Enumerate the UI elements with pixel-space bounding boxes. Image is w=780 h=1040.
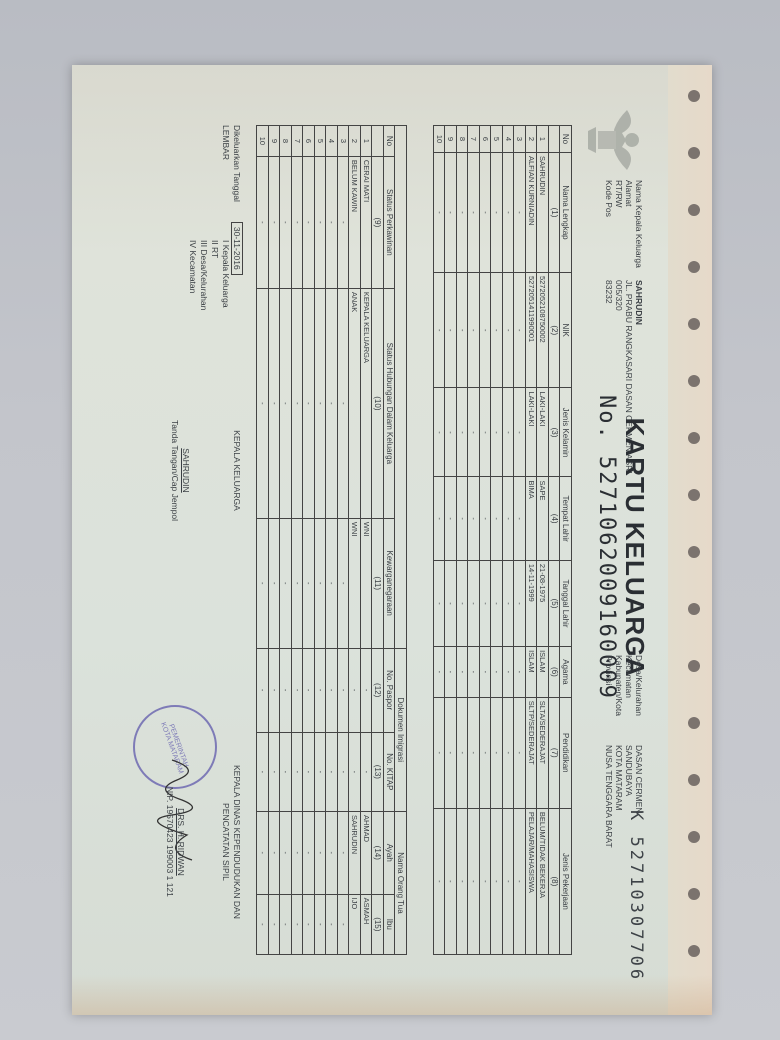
table-cell: -	[445, 152, 457, 272]
table-row: 3-------	[338, 126, 350, 955]
table-cell: -	[480, 697, 492, 808]
table-cell: -	[491, 560, 503, 646]
table-cell: BIMA	[526, 477, 538, 560]
table-cell: -	[434, 560, 446, 646]
table-cell: -	[315, 518, 327, 648]
table-cell: 8	[280, 126, 292, 157]
table-cell: -	[257, 288, 269, 518]
table-cell: 4	[503, 126, 515, 153]
value-desa: DASAN CERMEN	[634, 745, 644, 813]
kk-caption: Tanda Tangan/Cap Jempol	[169, 420, 180, 521]
table-cell: -	[326, 648, 338, 732]
table-cell: 9	[445, 126, 457, 153]
table-cell: -	[326, 894, 338, 954]
table-row: 10-------	[257, 126, 269, 955]
table-cell: 6	[480, 126, 492, 153]
table-cell: -	[315, 894, 327, 954]
table-cell: -	[338, 732, 350, 811]
table-cell: -	[292, 894, 304, 954]
table-cell: BELUM/TIDAK BEKERJA	[537, 808, 549, 954]
table-cell: -	[491, 152, 503, 272]
table-row: 9-------	[269, 126, 281, 955]
table-cell: KEPALA KELUARGA	[361, 288, 373, 518]
table-cell: -	[434, 272, 446, 388]
table-cell: 2	[526, 126, 538, 153]
column-number: (7)	[549, 697, 561, 808]
table-cell: SAPE	[537, 477, 549, 560]
table-cell: -	[280, 732, 292, 811]
table-cell: -	[315, 156, 327, 288]
table-cell: -	[338, 811, 350, 894]
table-cell: -	[457, 560, 469, 646]
perforation-hole	[688, 147, 700, 159]
perforation-hole	[688, 603, 700, 615]
table-cell: -	[326, 518, 338, 648]
table-cell: -	[514, 808, 526, 954]
table-cell: -	[280, 648, 292, 732]
table-cell: -	[491, 477, 503, 560]
perforation-hole	[688, 888, 700, 900]
table-cell: ASMAH	[361, 894, 373, 954]
table-cell: SLTA/SEDERAJAT	[537, 697, 549, 808]
perforation-hole	[688, 375, 700, 387]
label-kepala-keluarga: Nama Kepala Keluarga	[634, 180, 644, 280]
table-cell: -	[269, 156, 281, 288]
table-cell: 5272051411990001	[526, 272, 538, 388]
table-cell: -	[480, 560, 492, 646]
table-cell: -	[457, 697, 469, 808]
column-number: (15)	[372, 894, 384, 954]
table-row: 5-------	[315, 126, 327, 955]
table-cell: -	[503, 477, 515, 560]
table-row: 8--------	[457, 126, 469, 955]
column-number: (8)	[549, 808, 561, 954]
table-cell: 7	[292, 126, 304, 157]
table-cell: -	[361, 732, 373, 811]
table-cell: -	[457, 647, 469, 698]
table-cell: -	[434, 477, 446, 560]
table-cell: -	[445, 477, 457, 560]
column-number: (9)	[372, 156, 384, 288]
column-number: (12)	[372, 648, 384, 732]
table-cell: -	[468, 647, 480, 698]
value-kepala-keluarga: SAHRUDIN	[634, 280, 644, 325]
column-header: Jenis Pekerjaan	[560, 808, 572, 954]
table-cell: -	[503, 388, 515, 477]
table-cell: -	[445, 560, 457, 646]
official-title: KEPALA DINAS KEPENDUDUKAN DAN	[231, 765, 242, 919]
table-cell: -	[269, 732, 281, 811]
label-alamat: Alamat	[624, 180, 634, 280]
table-cell: CERAI MATI	[361, 156, 373, 288]
table-cell: -	[338, 648, 350, 732]
lembar-item: I Kepala Keluarga	[220, 240, 231, 310]
table-cell: 5272052108750002	[537, 272, 549, 388]
table-cell: -	[361, 648, 373, 732]
table-cell: -	[269, 518, 281, 648]
label-desa: Desa/Kelurahan	[634, 655, 644, 745]
column-header: Nama Lengkap	[560, 152, 572, 272]
table-cell: -	[503, 272, 515, 388]
table-cell: -	[480, 477, 492, 560]
table-cell: -	[292, 811, 304, 894]
table-cell: SAHRUDIN	[349, 811, 361, 894]
table-cell: -	[457, 388, 469, 477]
table-cell: -	[303, 648, 315, 732]
group-header-nama-orang-tua: Nama Orang Tua	[395, 811, 407, 954]
table-cell: -	[480, 388, 492, 477]
table-cell: LAKI-LAKI	[526, 388, 538, 477]
perforation-hole	[688, 660, 700, 672]
column-number: (6)	[549, 647, 561, 698]
perforation-hole	[688, 318, 700, 330]
column-number	[372, 126, 384, 157]
table-row: 4-------	[326, 126, 338, 955]
table-cell: -	[338, 156, 350, 288]
table-cell: -	[468, 388, 480, 477]
table-row: 10--------	[434, 126, 446, 955]
official-signature-block: KEPALA DINAS KEPENDUDUKAN DAN PENCATATAN…	[164, 765, 242, 919]
table-cell: SLTP/SEDERAJAT	[526, 697, 538, 808]
issued-date: 30-11-2016	[231, 222, 243, 275]
column-number: (10)	[372, 288, 384, 518]
table-cell: WNI	[361, 518, 373, 648]
table-cell: -	[445, 388, 457, 477]
table-cell: -	[468, 808, 480, 954]
column-number: (3)	[549, 388, 561, 477]
table-cell: -	[480, 808, 492, 954]
paper-stain	[72, 975, 712, 1015]
table-cell: SAHRUDIN	[537, 152, 549, 272]
table-cell: PELAJAR/MAHASISWA	[526, 808, 538, 954]
table-cell: -	[303, 288, 315, 518]
table-cell: BELUM KAWIN	[349, 156, 361, 288]
table-cell: -	[269, 288, 281, 518]
lembar-item: II RT	[209, 240, 220, 310]
table-row: 8-------	[280, 126, 292, 955]
column-header: NIK	[560, 272, 572, 388]
table-cell: -	[257, 156, 269, 288]
table-cell: -	[480, 272, 492, 388]
table-cell: -	[434, 152, 446, 272]
table-cell: 7	[468, 126, 480, 153]
table-cell: -	[280, 811, 292, 894]
table-cell: 10	[257, 126, 269, 157]
table-cell: 2	[349, 126, 361, 157]
table-cell: -	[257, 811, 269, 894]
family-status-table: Dokumen ImigrasiNama Orang Tua NoStatus …	[257, 125, 408, 955]
official-nip: NIP. 19570423 199003 1 121	[164, 765, 175, 919]
table-cell: -	[457, 272, 469, 388]
table-cell: -	[303, 894, 315, 954]
table-cell: -	[514, 477, 526, 560]
column-number: (4)	[549, 477, 561, 560]
table-cell: 4	[326, 126, 338, 157]
table-cell: -	[468, 477, 480, 560]
perforation-hole	[688, 489, 700, 501]
table-row: 1SAHRUDIN5272052108750002LAKI-LAKISAPE21…	[537, 126, 549, 955]
table-cell: -	[303, 518, 315, 648]
perforation-hole	[688, 774, 700, 786]
value-kode-pos: 83232	[604, 280, 614, 304]
column-header: Status Hubungan Dalam Keluarga	[384, 288, 396, 518]
table-cell: -	[503, 560, 515, 646]
table-cell: -	[349, 732, 361, 811]
table-row: 1CERAI MATIKEPALA KELUARGAWNI--AHMADASMA…	[361, 126, 373, 955]
table-cell: -	[326, 156, 338, 288]
table-cell: -	[503, 697, 515, 808]
label-kode-pos: Kode Pos	[604, 180, 614, 280]
table-cell: -	[491, 647, 503, 698]
table-cell: -	[457, 152, 469, 272]
perforation-hole	[688, 204, 700, 216]
column-header: Tempat Lahir	[560, 477, 572, 560]
table-cell: -	[491, 272, 503, 388]
table-cell: -	[292, 518, 304, 648]
column-header: Pendidikan	[560, 697, 572, 808]
table-cell: -	[491, 388, 503, 477]
column-number: (1)	[549, 152, 561, 272]
lembar-label: LEMBAR	[187, 125, 231, 160]
table-cell: -	[280, 156, 292, 288]
perforation-hole	[688, 831, 700, 843]
perforation-hole	[688, 90, 700, 102]
table-cell: 14-11-1999	[526, 560, 538, 646]
lembar-item: III Desa/Kelurahan	[198, 240, 209, 310]
table-cell: -	[338, 894, 350, 954]
table-cell: -	[269, 811, 281, 894]
table-cell: -	[491, 697, 503, 808]
table-cell: -	[468, 697, 480, 808]
table-cell: -	[303, 156, 315, 288]
value-rt-rw: 005/320	[614, 280, 624, 311]
perforation-hole	[688, 945, 700, 957]
table-cell: -	[315, 288, 327, 518]
table-cell: -	[257, 648, 269, 732]
table-cell: -	[349, 648, 361, 732]
column-header: No. Paspor	[384, 648, 396, 732]
table-cell: 3	[338, 126, 350, 157]
table-cell: ALFIAN KURNIADIN	[526, 152, 538, 272]
table-cell: ANAK	[349, 288, 361, 518]
column-number: (2)	[549, 272, 561, 388]
table-cell: -	[514, 647, 526, 698]
table-cell: -	[445, 697, 457, 808]
table-cell: IJO	[349, 894, 361, 954]
kk-title: KEPALA KELUARGA	[231, 420, 242, 521]
table-cell: ISLAM	[526, 647, 538, 698]
table-cell: -	[292, 156, 304, 288]
perforation-hole	[688, 546, 700, 558]
table-cell: 3	[514, 126, 526, 153]
column-header: No	[384, 126, 396, 157]
table-row: 2BELUM KAWINANAKWNI--SAHRUDINIJO	[349, 126, 361, 955]
column-header: Status Perkawinan	[384, 156, 396, 288]
table-cell: -	[445, 808, 457, 954]
table-cell: -	[503, 808, 515, 954]
table-cell: -	[269, 894, 281, 954]
table-cell: -	[514, 388, 526, 477]
column-header: No. KITAP	[384, 732, 396, 811]
label-provinsi: Provinsi	[604, 655, 614, 745]
table-cell: -	[326, 288, 338, 518]
table-cell: -	[491, 808, 503, 954]
table-cell: 5	[315, 126, 327, 157]
table-cell: -	[315, 811, 327, 894]
column-header: Ayah	[384, 811, 396, 894]
table-cell: -	[434, 808, 446, 954]
table-cell: ISLAM	[537, 647, 549, 698]
label-kabupaten: Kabupaten/Kota	[614, 655, 624, 745]
kartu-keluarga-document: Nama Kepala KeluargaSAHRUDIN AlamatJL. P…	[72, 65, 712, 1015]
family-members-table: NoNama LengkapNIKJenis KelaminTempat Lah…	[433, 125, 572, 955]
group-header-dokumen-imigrasi: Dokumen Imigrasi	[395, 648, 407, 811]
table-cell: 1	[537, 126, 549, 153]
table-row: 6--------	[480, 126, 492, 955]
table-cell: 5	[491, 126, 503, 153]
column-header: Jenis Kelamin	[560, 388, 572, 477]
table-cell: -	[257, 518, 269, 648]
table-cell: -	[292, 648, 304, 732]
value-kabupaten: KOTA MATARAM	[614, 745, 624, 811]
column-header: No	[560, 126, 572, 153]
table-cell: -	[434, 647, 446, 698]
table-row: 6-------	[303, 126, 315, 955]
issue-info: Dikeluarkan Tanggal30-11-2016 LEMBAR I K…	[187, 125, 242, 310]
table-cell: 8	[457, 126, 469, 153]
table-row: 2ALFIAN KURNIADIN5272051411990001LAKI-LA…	[526, 126, 538, 955]
table-cell: -	[303, 811, 315, 894]
table-cell: -	[292, 732, 304, 811]
column-number	[549, 126, 561, 153]
table-cell: -	[292, 288, 304, 518]
table-cell: -	[257, 732, 269, 811]
table-row: 5--------	[491, 126, 503, 955]
kk-name: SAHRUDIN	[180, 420, 191, 521]
table-cell: WNI	[349, 518, 361, 648]
value-provinsi: NUSA TENGGARA BARAT	[604, 745, 614, 848]
table-row: 4--------	[503, 126, 515, 955]
table-cell: AHMAD	[361, 811, 373, 894]
table-cell: -	[457, 477, 469, 560]
table-cell: -	[269, 648, 281, 732]
table-cell: 10	[434, 126, 446, 153]
table-cell: -	[514, 152, 526, 272]
label-kecamatan: Kecamatan	[624, 655, 634, 745]
table-cell: -	[338, 288, 350, 518]
head-of-family-signature: KEPALA KELUARGA SAHRUDIN Tanda Tangan/Ca…	[169, 420, 242, 521]
table-cell: 9	[269, 126, 281, 157]
perforated-strip	[668, 65, 712, 1015]
table-cell: -	[280, 518, 292, 648]
issued-label: Dikeluarkan Tanggal	[232, 125, 242, 202]
table-cell: -	[468, 272, 480, 388]
column-number: (5)	[549, 560, 561, 646]
group-spacer	[395, 126, 407, 649]
table-cell: -	[468, 560, 480, 646]
official-title-2: PENCATATAN SIPIL	[220, 765, 231, 919]
perforation-hole	[688, 717, 700, 729]
table-cell: -	[257, 894, 269, 954]
table-cell: -	[480, 152, 492, 272]
column-number: (11)	[372, 518, 384, 648]
table-cell: -	[445, 647, 457, 698]
table-cell: -	[338, 518, 350, 648]
table-row: 9--------	[445, 126, 457, 955]
table-cell: -	[480, 647, 492, 698]
table-cell: -	[503, 152, 515, 272]
table-cell: -	[315, 648, 327, 732]
table-cell: -	[434, 388, 446, 477]
column-header: Agama	[560, 647, 572, 698]
value-kecamatan: SANDUBAYA	[624, 745, 634, 796]
official-name: DRS. H. RIDWAN	[175, 765, 186, 919]
column-header: Tanggal Lahir	[560, 560, 572, 646]
column-header: Ibu	[384, 894, 396, 954]
table-cell: -	[445, 272, 457, 388]
table-cell: -	[503, 647, 515, 698]
lembar-item: IV Kecamatan	[187, 240, 198, 310]
table-cell: 6	[303, 126, 315, 157]
column-number: (13)	[372, 732, 384, 811]
table-row: 7--------	[468, 126, 480, 955]
table-cell: -	[514, 272, 526, 388]
table-cell: -	[326, 811, 338, 894]
column-header: Kewarganegaraan	[384, 518, 396, 648]
column-number: (14)	[372, 811, 384, 894]
table-cell: -	[280, 288, 292, 518]
table-cell: -	[326, 732, 338, 811]
table-row: 3--------	[514, 126, 526, 955]
table-cell: -	[514, 697, 526, 808]
garuda-emblem-icon	[582, 105, 652, 175]
table-cell: -	[514, 560, 526, 646]
table-cell: -	[315, 732, 327, 811]
table-cell: -	[434, 697, 446, 808]
table-cell: LAKI-LAKI	[537, 388, 549, 477]
table-cell: -	[457, 808, 469, 954]
table-cell: 21-08-1975	[537, 560, 549, 646]
serial-number: K 52710307706	[626, 810, 646, 982]
label-rt-rw: RT/RW	[614, 180, 624, 280]
table-cell: -	[468, 152, 480, 272]
table-row: 7-------	[292, 126, 304, 955]
table-cell: -	[303, 732, 315, 811]
perforation-hole	[688, 261, 700, 273]
table-cell: -	[280, 894, 292, 954]
perforation-hole	[688, 432, 700, 444]
table-cell: 1	[361, 126, 373, 157]
